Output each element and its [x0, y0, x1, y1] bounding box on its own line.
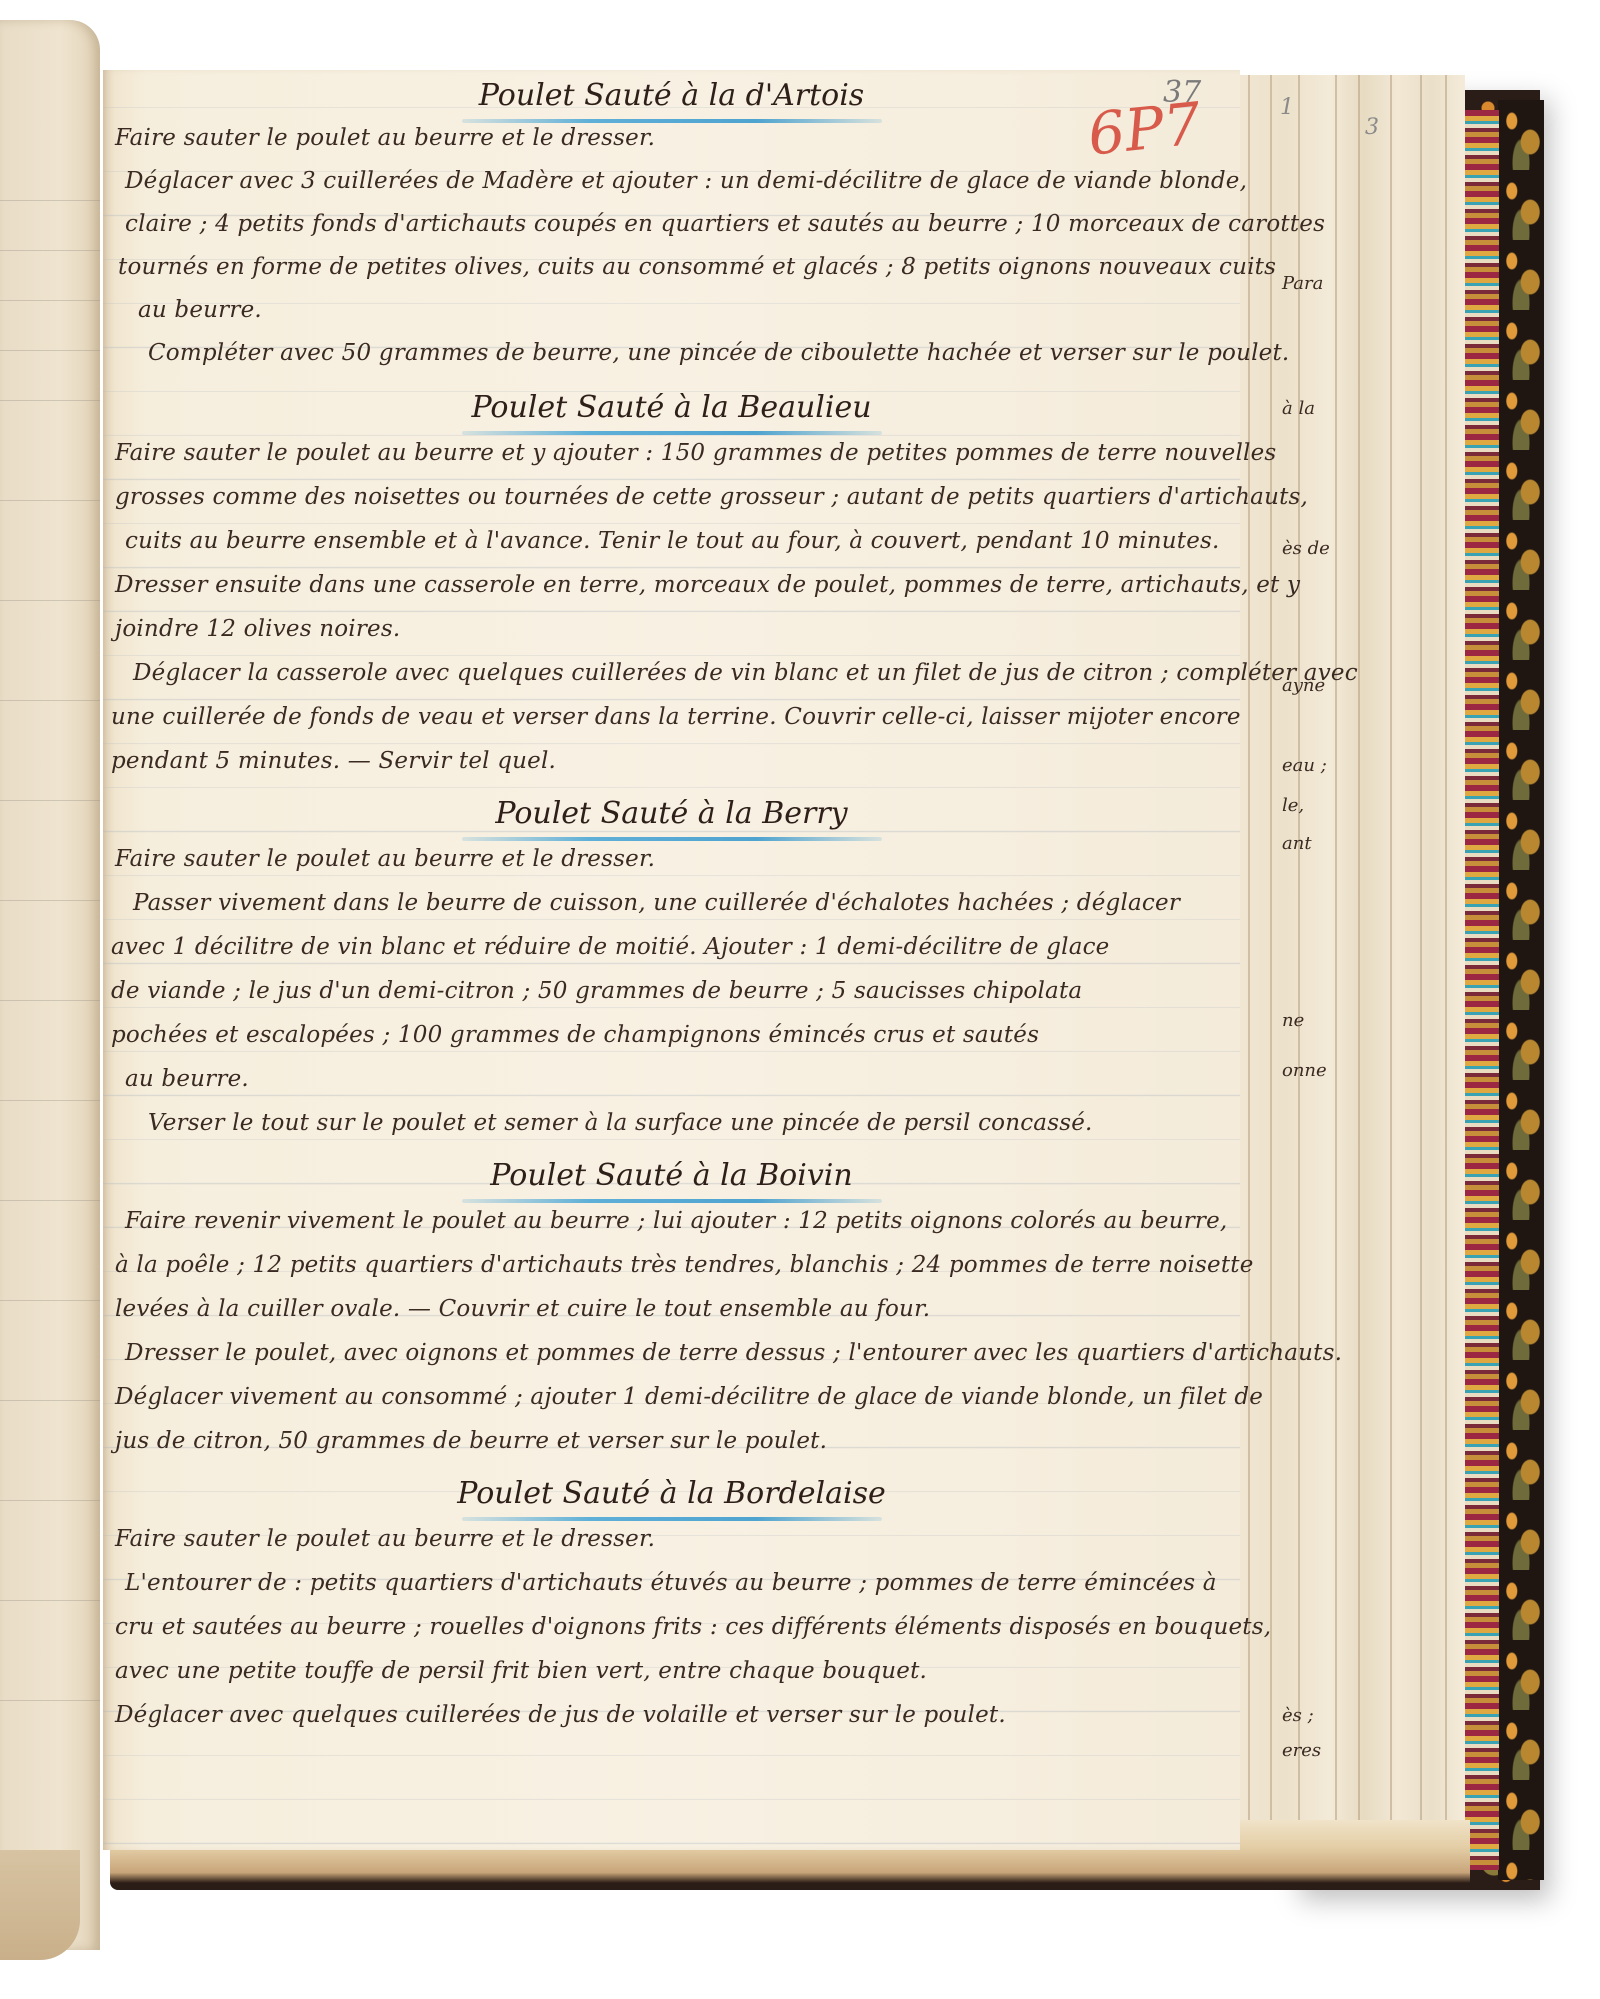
recipe-line: Faire sauter le poulet au beurre et le d… — [115, 125, 655, 151]
recipe-line: pendant 5 minutes. — Servir tel quel. — [111, 748, 556, 774]
recipe-line: L'entourer de : petits quartiers d'artic… — [125, 1570, 1217, 1596]
margin-fragment: le, — [1282, 795, 1304, 816]
recipe-title: Poulet Sauté à la Bordelaise — [103, 1476, 1240, 1511]
tab-number: 3 — [1365, 115, 1379, 140]
ruled-line — [0, 1300, 100, 1301]
ruled-line — [0, 600, 100, 601]
recipe-line: Déglacer vivement au consommé ; ajouter … — [115, 1384, 1263, 1410]
recipe-line: grosses comme des noisettes ou tournées … — [115, 484, 1308, 510]
recipe-line: pochées et escalopées ; 100 grammes de c… — [111, 1022, 1039, 1048]
recipe-title: Poulet Sauté à la Boivin — [103, 1158, 1240, 1193]
recipe-line: Faire sauter le poulet au beurre et y aj… — [115, 440, 1276, 466]
recipe-line: Verser le tout sur le poulet et semer à … — [148, 1110, 1093, 1136]
recipe-line: Faire sauter le poulet au beurre et le d… — [115, 1526, 655, 1552]
ruled-line — [0, 200, 100, 201]
recipe-line: Dresser ensuite dans une casserole en te… — [115, 572, 1300, 598]
recipe-line: avec 1 décilitre de vin blanc et réduire… — [111, 934, 1110, 960]
recipe-line: au beurre. — [125, 1066, 249, 1092]
ruled-line — [0, 1100, 100, 1101]
recipe-line: une cuillerée de fonds de veau et verser… — [111, 704, 1241, 730]
recipe-line: levées à la cuiller ovale. — Couvrir et … — [115, 1296, 930, 1322]
manuscript-page: 6P7 37 Poulet Sauté à la d'Artois Faire … — [103, 70, 1240, 1850]
recipe-line: Faire sauter le poulet au beurre et le d… — [115, 846, 655, 872]
title-underline — [462, 837, 882, 841]
recipe-line: jus de citron, 50 grammes de beurre et v… — [115, 1428, 827, 1454]
marbled-cover-panel — [1498, 100, 1544, 1880]
margin-fragment: onne — [1282, 1060, 1327, 1081]
recipe-line: cru et sautées au beurre ; rouelles d'oi… — [115, 1614, 1271, 1640]
tab-number: 1 — [1280, 95, 1294, 120]
recipe-line: Dresser le poulet, avec oignons et pomme… — [125, 1340, 1342, 1366]
ruled-line — [0, 800, 100, 801]
margin-fragment: Para — [1282, 273, 1323, 294]
recipe-title: Poulet Sauté à la Berry — [103, 796, 1240, 831]
recipe-line: Déglacer avec quelques cuillerées de jus… — [115, 1702, 1006, 1728]
ruled-line — [0, 300, 100, 301]
ruled-line — [0, 250, 100, 251]
ruled-line — [0, 1700, 100, 1701]
ruled-line — [0, 350, 100, 351]
margin-fragment: ant — [1282, 833, 1312, 854]
ruled-line — [0, 1600, 100, 1601]
recipe-line: Déglacer avec 3 cuillerées de Madère et … — [125, 168, 1247, 194]
title-underline — [462, 1517, 882, 1521]
facing-left-page — [0, 20, 100, 1950]
recipe-line: Passer vivement dans le beurre de cuisso… — [133, 890, 1180, 916]
left-page-edge — [0, 1850, 80, 1960]
recipe-line: claire ; 4 petits fonds d'artichauts cou… — [125, 211, 1325, 237]
recipe-line: avec une petite touffe de persil frit bi… — [115, 1658, 927, 1684]
title-underline — [462, 1199, 882, 1203]
margin-fragment: ès de — [1282, 538, 1330, 559]
title-underline — [462, 119, 882, 123]
margin-fragment: eau ; — [1282, 755, 1327, 776]
title-underline — [462, 431, 882, 435]
recipe-line: Compléter avec 50 grammes de beurre, une… — [148, 340, 1289, 366]
ruled-line — [0, 900, 100, 901]
recipe-line: joindre 12 olives noires. — [115, 616, 400, 642]
marbled-page-edge — [1462, 110, 1499, 1870]
ruled-line — [0, 500, 100, 501]
recipe-line: à la poêle ; 12 petits quartiers d'artic… — [115, 1252, 1254, 1278]
recipe-title: Poulet Sauté à la d'Artois — [103, 78, 1240, 113]
recipe-title: Poulet Sauté à la Beaulieu — [103, 390, 1240, 425]
recipe-line: de viande ; le jus d'un demi-citron ; 50… — [111, 978, 1082, 1004]
ruled-line — [0, 1200, 100, 1201]
ruled-line — [0, 1000, 100, 1001]
ruled-line — [0, 400, 100, 401]
margin-fragment: eres — [1282, 1740, 1321, 1761]
ruled-line — [0, 1500, 100, 1501]
recipe-line: au beurre. — [138, 297, 262, 323]
recipe-line: cuits au beurre ensemble et à l'avance. … — [125, 528, 1220, 554]
recipe-line: tournés en forme de petites olives, cuit… — [118, 254, 1276, 280]
margin-fragment: ès ; — [1282, 1705, 1314, 1726]
recipe-line: Déglacer la casserole avec quelques cuil… — [133, 660, 1358, 686]
ruled-line — [0, 1400, 100, 1401]
recipe-line: Faire revenir vivement le poulet au beur… — [125, 1208, 1227, 1234]
ruled-line — [0, 700, 100, 701]
margin-fragment: à la — [1282, 398, 1315, 419]
margin-fragment: ne — [1282, 1010, 1304, 1031]
